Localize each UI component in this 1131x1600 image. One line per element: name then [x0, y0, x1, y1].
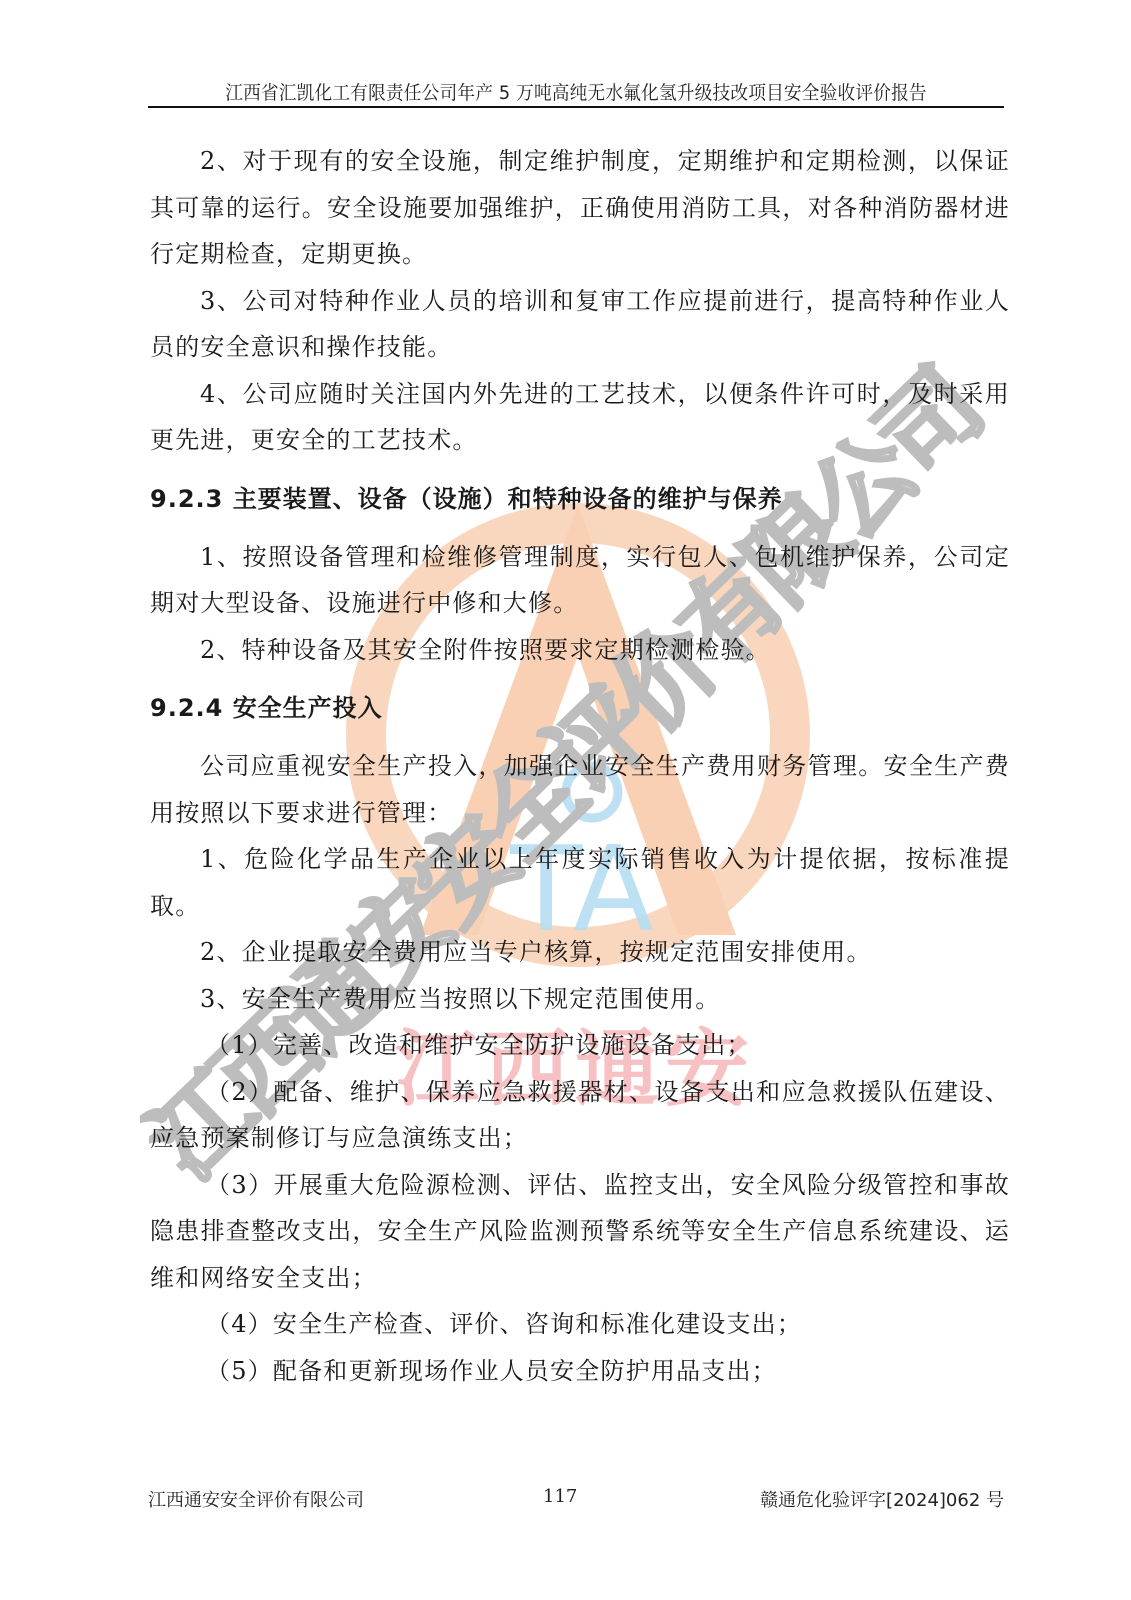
document-body: 2、对于现有的安全设施，制定维护制度，定期维护和定期检测，以保证其可靠的运行。安… [150, 138, 1010, 1394]
paragraph: 1、按照设备管理和检维修管理制度，实行包人、包机维护保养，公司定期对大型设备、设… [150, 534, 1010, 627]
header-rule [148, 106, 1004, 108]
paragraph: 2、对于现有的安全设施，制定维护制度，定期维护和定期检测，以保证其可靠的运行。安… [150, 138, 1010, 278]
list-item: （2）配备、维护、保养应急救援器材、设备支出和应急救援队伍建设、应急预案制修订与… [150, 1069, 1010, 1162]
paragraph: 2、特种设备及其安全附件按照要求定期检测检验。 [150, 627, 1010, 674]
section-heading-9-2-4: 9.2.4 安全生产投入 [150, 685, 1010, 731]
section-heading-9-2-3: 9.2.3 主要装置、设备（设施）和特种设备的维护与保养 [150, 476, 1010, 522]
document-page: 江西省汇凯化工有限责任公司年产 5 万吨高纯无水氟化氢升级技改项目安全验收评价报… [0, 0, 1131, 1600]
running-footer: 江西通安安全评价有限公司 117 赣通危化验评字[2024]062 号 [148, 1486, 1004, 1516]
footer-company: 江西通安安全评价有限公司 [148, 1486, 364, 1512]
list-item: （3）开展重大危险源检测、评估、监控支出，安全风险分级管控和事故隐患排查整改支出… [150, 1162, 1010, 1302]
list-item: （5）配备和更新现场作业人员安全防护用品支出； [150, 1348, 1010, 1395]
paragraph: 公司应重视安全生产投入，加强企业安全生产费用财务管理。安全生产费用按照以下要求进… [150, 743, 1010, 836]
paragraph: 4、公司应随时关注国内外先进的工艺技术，以便条件许可时，及时采用更先进，更安全的… [150, 371, 1010, 464]
paragraph: 2、企业提取安全费用应当专户核算，按规定范围安排使用。 [150, 929, 1010, 976]
page-number: 117 [543, 1486, 577, 1507]
running-header: 江西省汇凯化工有限责任公司年产 5 万吨高纯无水氟化氢升级技改项目安全验收评价报… [178, 78, 974, 105]
list-item: （4）安全生产检查、评价、咨询和标准化建设支出； [150, 1301, 1010, 1348]
paragraph: 1、危险化学品生产企业以上年度实际销售收入为计提依据，按标准提取。 [150, 836, 1010, 929]
paragraph: 3、公司对特种作业人员的培训和复审工作应提前进行，提高特种作业人员的安全意识和操… [150, 278, 1010, 371]
paragraph: 3、安全生产费用应当按照以下规定范围使用。 [150, 976, 1010, 1023]
list-item: （1）完善、改造和维护安全防护设施设备支出； [150, 1022, 1010, 1069]
report-number: 赣通危化验评字[2024]062 号 [760, 1486, 1004, 1512]
